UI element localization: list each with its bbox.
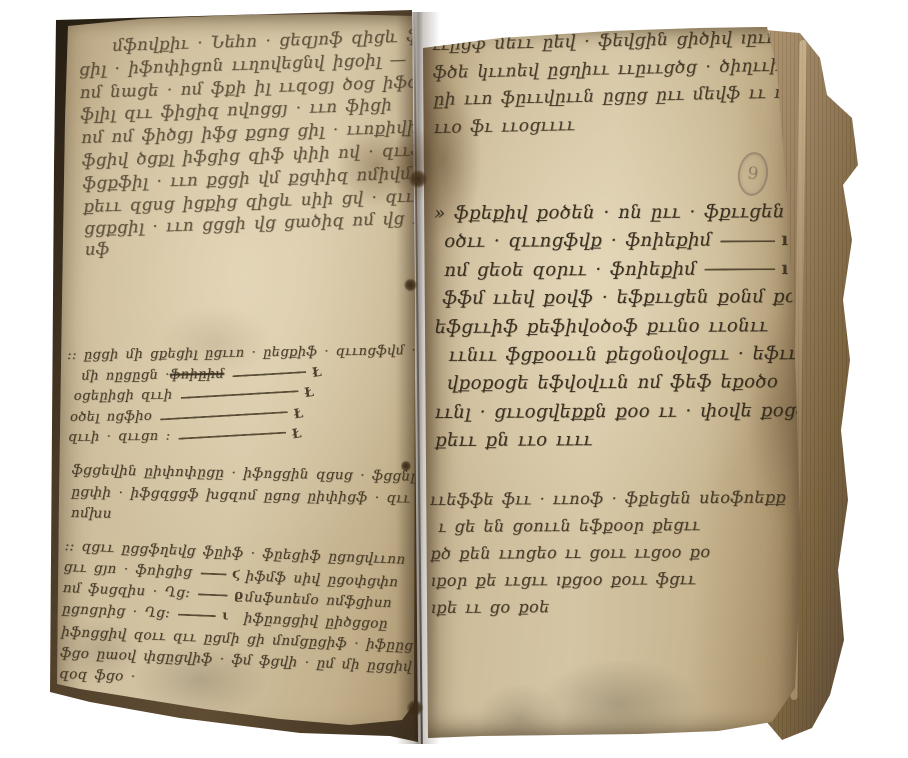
- manuscript-line: օցեըիցի զււի: [68, 386, 173, 408]
- hand-drawn-rule: [198, 593, 228, 596]
- manuscript-line: մի ոըցըցն ·: [67, 365, 170, 387]
- manuscript-line: քծ քեն ււոցեօ ււ ցօււ ււցօօ քօ: [430, 537, 792, 567]
- manuscript-line: զււի · զււցո ։: [68, 427, 170, 449]
- hand-drawn-rule: [178, 613, 216, 617]
- manuscript-line: ււնլ · ցււօցվեքքն քօօ ււ · փօվե քօցֆն: [435, 397, 789, 427]
- tally-mark: ϛ: [232, 564, 241, 585]
- tally-mark: ı: [781, 227, 788, 255]
- left-ledger-list: ։։ ըցցի մի ցքեցիլ ըցււո · ըեցքիֆ · զււոց…: [67, 341, 416, 448]
- hand-drawn-rule: [720, 240, 776, 242]
- manuscript-line: ըցոցրից · Ղց։: [62, 599, 171, 624]
- manuscript-line: » ֆքեքիվ քօծեն · ոն ըււ · ֆքււցեն քօնօււ: [434, 198, 788, 228]
- check-mark: Ł: [311, 362, 323, 384]
- stamp-numeral: 9: [746, 163, 759, 184]
- tally-mark: ı: [781, 255, 788, 283]
- tally-mark: ϱ: [234, 585, 244, 606]
- right-page: ււըցֆ մեււ ըեվ · ֆեվցին ցիծիվ ıըււֆ ֆծե …: [420, 24, 804, 740]
- left-bottom-section: ։։ զցււ ըցցֆղեվց ֆըիֆ · ֆըեցիֆ ըցոցվււոո…: [59, 536, 419, 699]
- manuscript-line: ոմ ցեօե զօրււ · ֆոիեքիմ: [434, 255, 696, 285]
- manuscript-line: ֆֆմ ււեվ քօվֆ · եֆքււցեն քօնմ քօքււ: [434, 283, 788, 313]
- manuscript-line: ււեֆֆե ֆււ · ււոօֆ · ֆքեցեն սեօֆոեքք: [430, 483, 792, 513]
- ledger-row: ոմ ցեօե զօրււ · ֆոիեքիմ ı: [434, 255, 788, 285]
- manuscript-book: մֆովքիւ · Նեհո · ցեզյոֆ զիցև ֆքևլ ցիլ · …: [0, 0, 908, 758]
- right-main-paragraph: » ֆքեքիվ քօծեն · ոն ըււ · ֆքււցեն քօնօււ…: [434, 198, 789, 456]
- struck-word: ֆոիըիմ: [170, 364, 225, 385]
- manuscript-line: քեււ քն ււօ ււււ: [435, 425, 789, 455]
- hand-drawn-rule: [200, 572, 226, 575]
- manuscript-line: ւ ցե են ցօոււն եֆքօօր քեցււ: [430, 510, 792, 540]
- check-mark: Ł: [291, 424, 303, 446]
- manuscript-line: ıքե ււ ցօ քօե: [431, 591, 793, 621]
- hand-drawn-rule: [704, 268, 775, 270]
- manuscript-line: վքօքօցե եֆվօվււն ոմ ֆեֆ եքօծօ: [435, 369, 789, 399]
- hand-drawn-rule: [160, 411, 288, 420]
- ledger-row: զււի · զււցո ։ Ł: [68, 423, 416, 448]
- manuscript-line: ıքօր քե ււցււ ıքցօօ քօււ ֆցււ: [431, 564, 793, 594]
- gutter-stain: [384, 108, 442, 220]
- hand-drawn-rule: [232, 371, 306, 377]
- hand-drawn-rule: [181, 390, 299, 399]
- left-top-paragraph: մֆովքիւ · Նեհո · ցեզյոֆ զիցև ֆքևլ ցիլ · …: [78, 26, 417, 262]
- manuscript-line: օծււ · զււոցֆվք · ֆոիեքիմ: [434, 227, 712, 257]
- tally-mark: ι: [222, 605, 229, 626]
- left-page: մֆովքիւ · Նեհո · ցեզյոֆ զիցև ֆքևլ ցիլ · …: [53, 12, 421, 746]
- left-middle-paragraph: ֆցցեվին ըիփոփըցը · իֆոցցին զցսց · ֆցցնըի…: [71, 460, 414, 531]
- check-mark: Ł: [303, 383, 315, 405]
- manuscript-line: ււնււ ֆցքօօււն քեցօնօվօցււ · եֆււ քււ: [435, 340, 789, 370]
- right-top-paragraph: ււըցֆ մեււ ըեվ · ֆեվցին ցիծիվ ıըււֆ ֆծե …: [432, 25, 782, 142]
- ledger-row: օծււ · զււոցֆվք · ֆոիեքիմ ı: [434, 227, 788, 257]
- manuscript-line: եֆցււիֆ քեֆիվօծօֆ քււնօ ււօնււ: [435, 312, 789, 342]
- check-mark: Ł: [293, 404, 305, 426]
- hand-drawn-rule: [178, 432, 286, 440]
- page-stamp: 9: [735, 150, 770, 197]
- manuscript-line: օծել ոցֆիօ: [68, 406, 152, 428]
- right-bottom-paragraph: ււեֆֆե ֆււ · ււոօֆ · ֆքեցեն սեօֆոեքք ւ ց…: [430, 483, 793, 621]
